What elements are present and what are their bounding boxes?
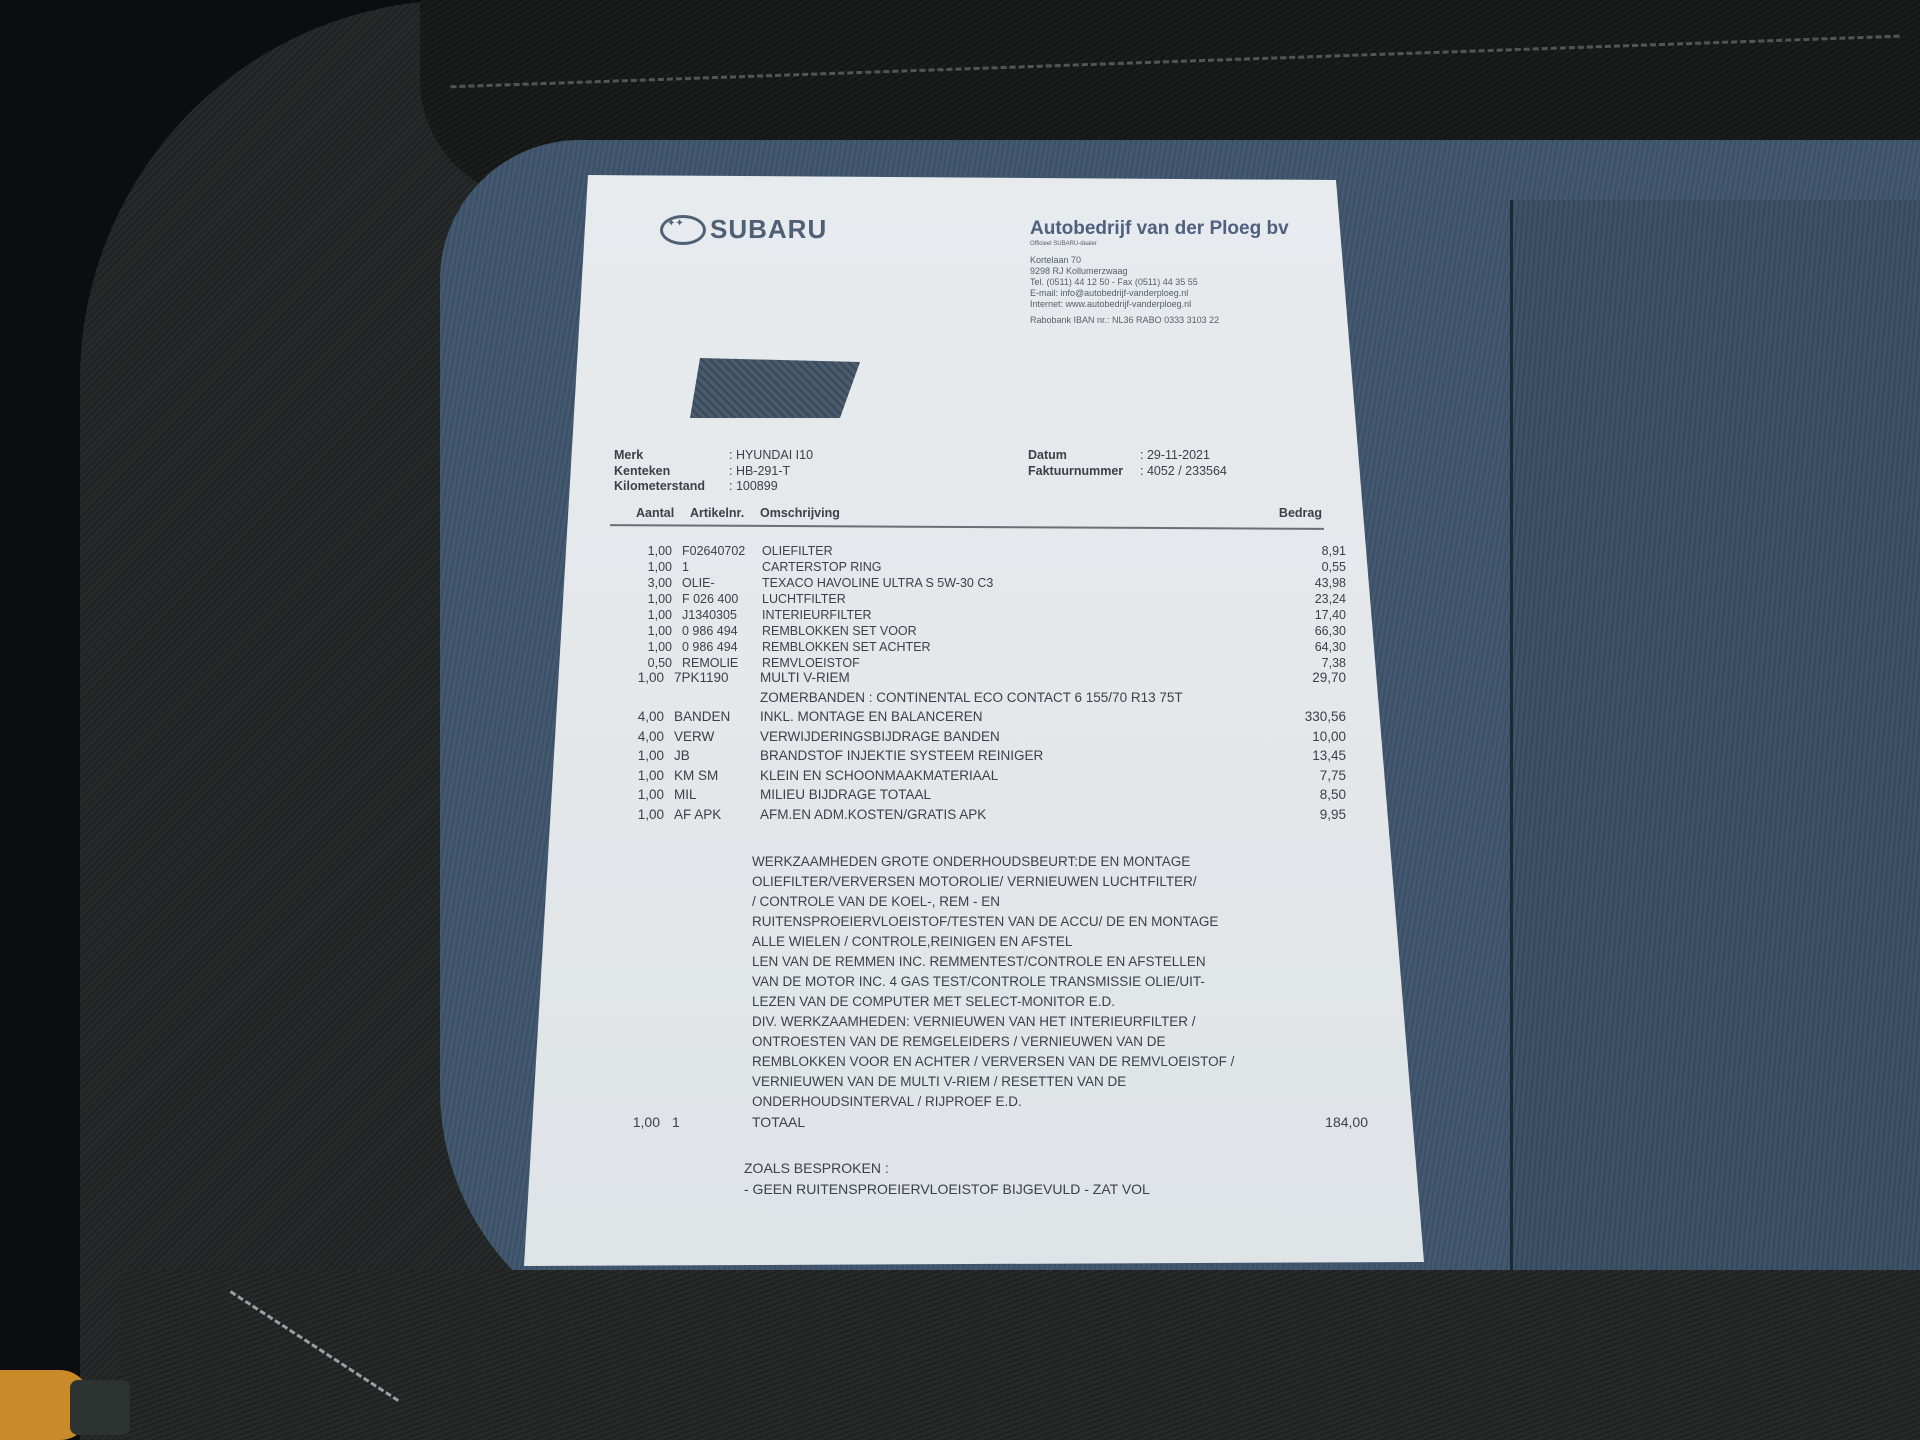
note-line: ALLE WIELEN / CONTROLE,REINIGEN EN AFSTE… (752, 932, 1234, 952)
seat-cushion-panel (1510, 200, 1920, 1330)
field-value: : 100899 (729, 479, 778, 495)
column-header: Artikelnr. (690, 506, 760, 520)
field-value: : HYUNDAI I10 (729, 448, 813, 464)
item-article: F02640702 (682, 544, 762, 560)
item-amount: 17,40 (1266, 608, 1346, 624)
company-website: Internet: www.autobedrijf-vanderploeg.nl (1030, 299, 1330, 310)
note-line: ONDERHOUDSINTERVAL / RIJPROEF E.D. (752, 1092, 1234, 1112)
company-city: 9298 RJ Kollumerzwaag (1030, 266, 1330, 277)
item-description: MILIEU BIJDRAGE TOTAAL (760, 787, 1266, 807)
item-article: J1340305 (682, 608, 762, 624)
item-article: BANDEN (674, 709, 760, 729)
line-items: 1,00F02640702OLIEFILTER8,911,001CARTERST… (636, 544, 1346, 672)
item-amount: 8,91 (1266, 544, 1346, 560)
item-amount: 23,24 (1266, 592, 1346, 608)
table-header: Aantal Artikelnr. Omschrijving Bedrag (636, 506, 1322, 520)
total-article: 1 (660, 1114, 752, 1130)
item-qty: 1,00 (628, 670, 664, 690)
item-qty: 1,00 (636, 640, 672, 656)
item-article: JB (674, 748, 760, 768)
item-qty: 1,00 (628, 748, 664, 768)
subaru-stars-icon (660, 215, 706, 245)
item-qty: 1,00 (636, 560, 672, 576)
address-window-cutout (690, 358, 860, 418)
item-article: MIL (674, 787, 760, 807)
note-line: DIV. WERKZAAMHEDEN: VERNIEUWEN VAN HET I… (752, 1012, 1234, 1032)
company-phone-fax: Tel. (0511) 44 12 50 - Fax (0511) 44 35 … (1030, 277, 1330, 288)
invoice-meta: Datum: 29-11-2021 Faktuurnummer: 4052 / … (1028, 448, 1227, 479)
column-header: Bedrag (1279, 506, 1322, 520)
item-article: 0 986 494 (682, 640, 762, 656)
item-amount: 66,30 (1266, 624, 1346, 640)
company-name: Autobedrijf van der Ploeg bv (1030, 218, 1330, 240)
table-row: ZOMERBANDEN : CONTINENTAL ECO CONTACT 6 … (628, 690, 1346, 710)
note-line: ONTROESTEN VAN DE REMGELEIDERS / VERNIEU… (752, 1032, 1234, 1052)
item-description: KLEIN EN SCHOONMAAKMATERIAAL (760, 768, 1266, 788)
car-seat-photo: SUBARU Autobedrijf van der Ploeg bv Offi… (0, 0, 1920, 1440)
subaru-logo: SUBARU (660, 214, 827, 245)
item-amount: 64,30 (1266, 640, 1346, 656)
field-value: : 4052 / 233564 (1140, 464, 1227, 480)
item-qty (628, 690, 664, 710)
table-row: 1,000 986 494REMBLOKKEN SET ACHTER64,30 (636, 640, 1346, 656)
company-address: Kortelaan 70 (1030, 255, 1330, 266)
item-article: OLIE- (682, 576, 762, 592)
vehicle-info: Merk: HYUNDAI I10 Kenteken: HB-291-T Kil… (614, 448, 813, 495)
table-row: 1,00F 026 400LUCHTFILTER23,24 (636, 592, 1346, 608)
item-amount: 8,50 (1266, 787, 1346, 807)
total-qty: 1,00 (620, 1114, 660, 1130)
item-qty: 1,00 (628, 768, 664, 788)
column-header: Aantal (636, 506, 690, 520)
item-article: VERW (674, 729, 760, 749)
item-description: VERWIJDERINGSBIJDRAGE BANDEN (760, 729, 1266, 749)
note-line: LEN VAN DE REMMEN INC. REMMENTEST/CONTRO… (752, 952, 1234, 972)
item-description: LUCHTFILTER (762, 592, 1266, 608)
note-line: OLIEFILTER/VERVERSEN MOTOROLIE/ VERNIEUW… (752, 872, 1234, 892)
field-value: : HB-291-T (729, 464, 790, 480)
item-amount: 29,70 (1266, 670, 1346, 690)
item-qty: 1,00 (636, 624, 672, 640)
item-qty: 4,00 (628, 729, 664, 749)
item-article: KM SM (674, 768, 760, 788)
company-bank: Rabobank IBAN nr.: NL36 RABO 0333 3103 2… (1030, 315, 1330, 325)
column-header: Omschrijving (760, 506, 1279, 520)
item-article: 7PK1190 (674, 670, 760, 690)
item-description: CARTERSTOP RING (762, 560, 1266, 576)
table-row: 1,001CARTERSTOP RING0,55 (636, 560, 1346, 576)
remark-line: ZOALS BESPROKEN : (744, 1158, 1150, 1179)
item-qty: 1,00 (636, 544, 672, 560)
field-label: Faktuurnummer (1028, 464, 1140, 480)
item-description: BRANDSTOF INJEKTIE SYSTEEM REINIGER (760, 748, 1266, 768)
work-notes: WERKZAAMHEDEN GROTE ONDERHOUDSBEURT:DE E… (752, 852, 1234, 1112)
item-amount: 10,00 (1266, 729, 1346, 749)
field-label: Datum (1028, 448, 1140, 464)
table-row: 1,00F02640702OLIEFILTER8,91 (636, 544, 1346, 560)
item-amount (1266, 690, 1346, 710)
table-row: 1,00J1340305INTERIEURFILTER17,40 (636, 608, 1346, 624)
item-description: TEXACO HAVOLINE ULTRA S 5W-30 C3 (762, 576, 1266, 592)
item-qty: 1,00 (628, 787, 664, 807)
item-qty: 3,00 (636, 576, 672, 592)
company-email: E-mail: info@autobedrijf-vanderploeg.nl (1030, 288, 1330, 299)
item-article: F 026 400 (682, 592, 762, 608)
brand-name: SUBARU (710, 214, 827, 245)
table-row: 3,00OLIE-TEXACO HAVOLINE ULTRA S 5W-30 C… (636, 576, 1346, 592)
item-article: 0 986 494 (682, 624, 762, 640)
note-line: LEZEN VAN DE COMPUTER MET SELECT-MONITOR… (752, 992, 1234, 1012)
field-label: Kilometerstand (614, 479, 729, 495)
table-row: 1,007PK1190MULTI V-RIEM29,70 (628, 670, 1346, 690)
item-article: AF APK (674, 807, 760, 827)
note-line: / CONTROLE VAN DE KOEL-, REM - EN (752, 892, 1234, 912)
table-row: 1,00KM SMKLEIN EN SCHOONMAAKMATERIAAL7,7… (628, 768, 1346, 788)
total-row: 1,00 1 TOTAAL 184,00 (620, 1114, 1368, 1130)
company-subtitle: Officieel SUBARU-dealer (1030, 241, 1330, 247)
table-row: 4,00BANDENINKL. MONTAGE EN BALANCEREN330… (628, 709, 1346, 729)
item-article: 1 (682, 560, 762, 576)
item-qty: 1,00 (636, 592, 672, 608)
table-row: 1,00JBBRANDSTOF INJEKTIE SYSTEEM REINIGE… (628, 748, 1346, 768)
field-value: : 29-11-2021 (1140, 448, 1210, 464)
item-amount: 0,55 (1266, 560, 1346, 576)
note-line: VAN DE MOTOR INC. 4 GAS TEST/CONTROLE TR… (752, 972, 1234, 992)
item-amount: 330,56 (1266, 709, 1346, 729)
remarks: ZOALS BESPROKEN :- GEEN RUITENSPROEIERVL… (744, 1158, 1150, 1200)
item-amount: 43,98 (1266, 576, 1346, 592)
total-label: TOTAAL (752, 1114, 1268, 1130)
item-description: OLIEFILTER (762, 544, 1266, 560)
item-description: REMBLOKKEN SET ACHTER (762, 640, 1266, 656)
item-description: ZOMERBANDEN : CONTINENTAL ECO CONTACT 6 … (760, 690, 1266, 710)
note-line: VERNIEUWEN VAN DE MULTI V-RIEM / RESETTE… (752, 1072, 1234, 1092)
item-description: INTERIEURFILTER (762, 608, 1266, 624)
item-description: REMBLOKKEN SET VOOR (762, 624, 1266, 640)
table-row: 4,00VERWVERWIJDERINGSBIJDRAGE BANDEN10,0… (628, 729, 1346, 749)
item-amount: 7,75 (1266, 768, 1346, 788)
note-line: WERKZAAMHEDEN GROTE ONDERHOUDSBEURT:DE E… (752, 852, 1234, 872)
field-label: Kenteken (614, 464, 729, 480)
company-header: Autobedrijf van der Ploeg bv Officieel S… (1030, 218, 1330, 325)
seat-front-edge (120, 1270, 1920, 1440)
remark-line: - GEEN RUITENSPROEIERVLOEISTOF BIJGEVULD… (744, 1179, 1150, 1200)
note-line: REMBLOKKEN VOOR EN ACHTER / VERVERSEN VA… (752, 1052, 1234, 1072)
total-amount: 184,00 (1268, 1114, 1368, 1130)
note-line: RUITENSPROEIERVLOEISTOF/TESTEN VAN DE AC… (752, 912, 1234, 932)
item-amount: 9,95 (1266, 807, 1346, 827)
item-qty: 4,00 (628, 709, 664, 729)
table-row: 1,00AF APKAFM.EN ADM.KOSTEN/GRATIS APK9,… (628, 807, 1346, 827)
item-qty: 1,00 (636, 608, 672, 624)
item-description: MULTI V-RIEM (760, 670, 1266, 690)
item-qty: 1,00 (628, 807, 664, 827)
item-description: AFM.EN ADM.KOSTEN/GRATIS APK (760, 807, 1266, 827)
line-items-lower: 1,007PK1190MULTI V-RIEM29,70ZOMERBANDEN … (628, 670, 1346, 826)
table-row: 1,000 986 494REMBLOKKEN SET VOOR66,30 (636, 624, 1346, 640)
table-row: 1,00MILMILIEU BIJDRAGE TOTAAL8,50 (628, 787, 1346, 807)
item-amount: 13,45 (1266, 748, 1346, 768)
seat-belt-buckle (0, 1370, 90, 1440)
field-label: Merk (614, 448, 729, 464)
item-description: INKL. MONTAGE EN BALANCEREN (760, 709, 1266, 729)
item-article (674, 690, 760, 710)
